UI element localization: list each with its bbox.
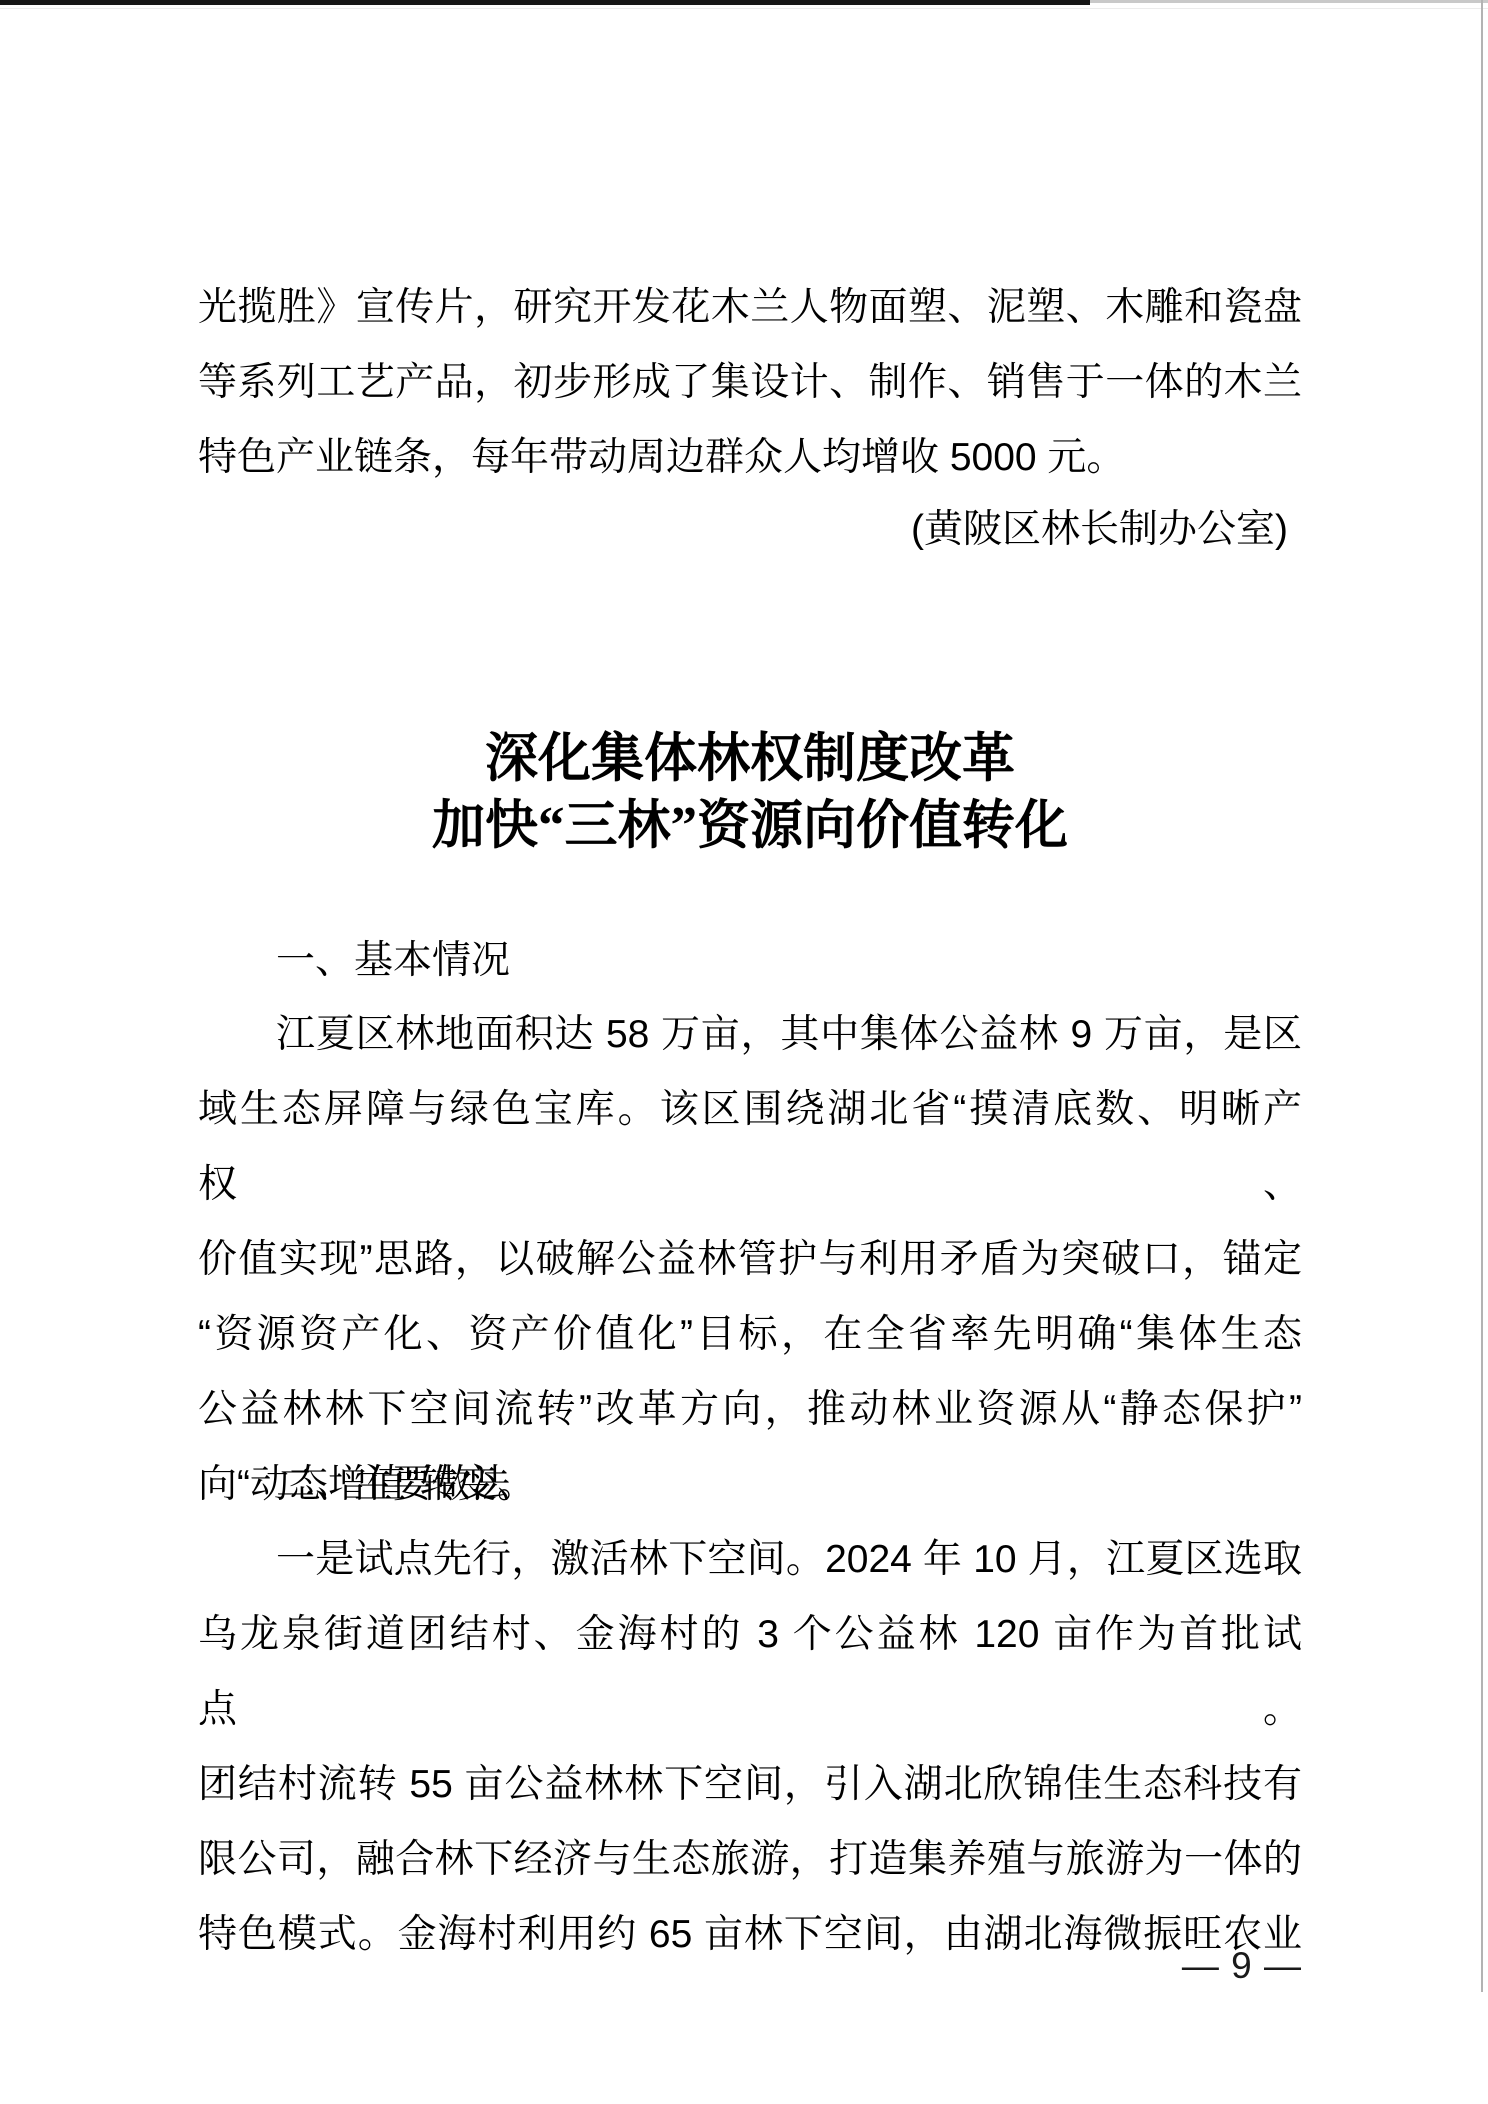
- paragraph-line: 乌龙泉街道团结村、金海村的 3 个公益林 120 亩作为首批试点。: [198, 1597, 1302, 1747]
- paragraph-line: 团结村流转 55 亩公益林林下空间，引入湖北欣锦佳生态科技有: [198, 1747, 1302, 1822]
- paragraph-line: 一是试点先行，激活林下空间。2024 年 10 月，江夏区选取: [198, 1522, 1302, 1597]
- paragraph-line: 等系列工艺产品，初步形成了集设计、制作、销售于一体的木兰: [198, 345, 1302, 420]
- article-title-line2: 加快“三林”资源向价值转化: [198, 793, 1302, 860]
- scan-artifact-right-edge: [1481, 0, 1483, 1992]
- paragraph-line: 限公司，融合林下经济与生态旅游，打造集养殖与旅游为一体的: [198, 1822, 1302, 1897]
- paragraph-line: 光揽胜》宣传片，研究开发花木兰人物面塑、泥塑、木雕和瓷盘: [198, 270, 1302, 345]
- section2-paragraph: 一是试点先行，激活林下空间。2024 年 10 月，江夏区选取 乌龙泉街道团结村…: [198, 1522, 1302, 1972]
- scan-artifact-top-bar-light: [1090, 0, 1488, 3]
- previous-article-paragraph: 光揽胜》宣传片，研究开发花木兰人物面塑、泥塑、木雕和瓷盘 等系列工艺产品，初步形…: [198, 270, 1302, 495]
- paragraph-line: 公益林林下空间流转”改革方向，推动林业资源从“静态保护”: [198, 1372, 1302, 1447]
- paragraph-line: “资源资产化、资产价值化”目标，在全省率先明确“集体生态: [198, 1297, 1302, 1372]
- article-signature: (黄陂区林长制办公室): [198, 492, 1302, 567]
- paragraph-line: 特色产业链条，每年带动周边群众人均增收 5000 元。: [198, 420, 1302, 495]
- section1-heading: 一、基本情况: [198, 923, 1302, 998]
- document-page: { "prev_article": { "lines": [ "光揽胜》宣传片，…: [0, 0, 1488, 2104]
- paragraph-line: 域生态屏障与绿色宝库。该区围绕湖北省“摸清底数、明晰产权、: [198, 1072, 1302, 1222]
- section1-paragraph: 江夏区林地面积达 58 万亩，其中集体公益林 9 万亩，是区 域生态屏障与绿色宝…: [198, 997, 1302, 1522]
- article-title-line1: 深化集体林权制度改革: [198, 726, 1302, 793]
- scan-artifact-hairline: [0, 8, 1488, 9]
- section2-heading: 二、主要做法: [198, 1447, 1302, 1522]
- paragraph-line: 江夏区林地面积达 58 万亩，其中集体公益林 9 万亩，是区: [198, 997, 1302, 1072]
- scan-artifact-top-bar: [0, 0, 1090, 5]
- paragraph-line: 价值实现”思路，以破解公益林管护与利用矛盾为突破口，锚定: [198, 1222, 1302, 1297]
- page-number: — 9 —: [198, 1945, 1302, 1987]
- article-title: 深化集体林权制度改革 加快“三林”资源向价值转化: [198, 726, 1302, 860]
